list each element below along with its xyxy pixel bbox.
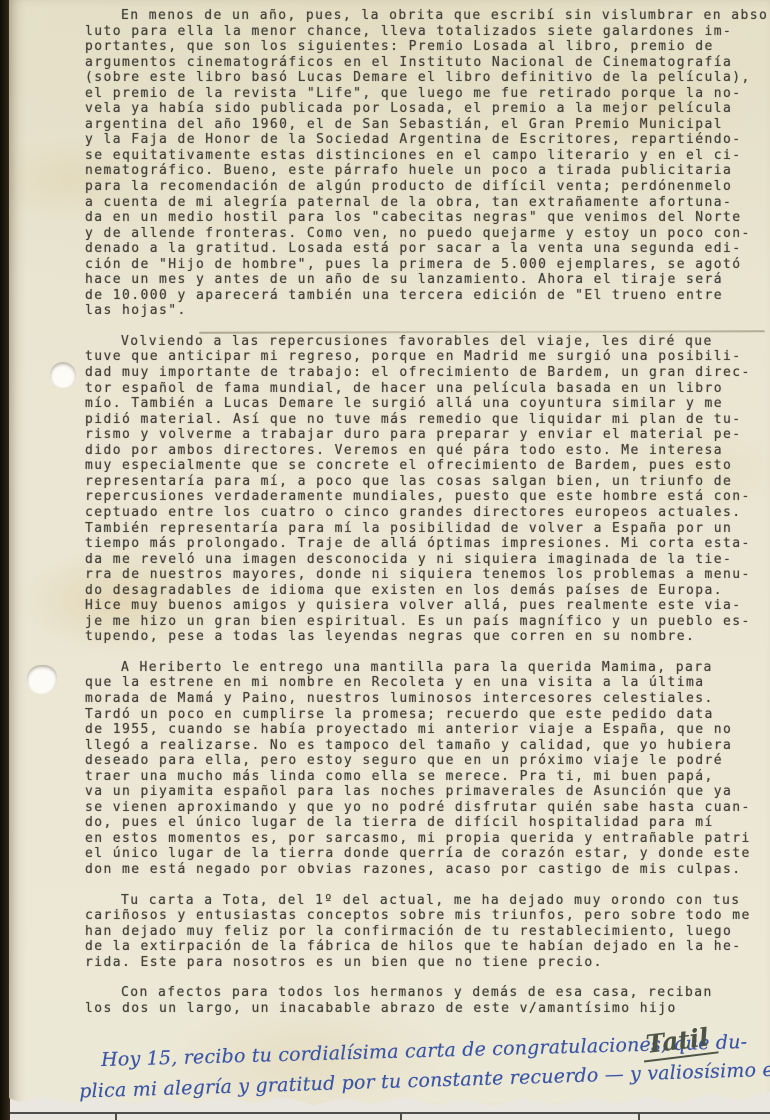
typed-line: a cuenta de mi alegría paternal de la ob…: [85, 195, 770, 211]
typed-line: morada de Mamá y Paino, nuestros luminos…: [85, 691, 770, 707]
typed-line: tor español de fama mundial, de hacer un…: [85, 381, 770, 397]
typed-line: luto para ella la menor chance, lleva to…: [85, 24, 770, 40]
typed-line: de 10.000 y aparecerá también una tercer…: [85, 288, 770, 304]
paragraph: A Heriberto le entrego una mantilla para…: [85, 660, 770, 878]
punch-hole: [50, 362, 76, 388]
typed-line: llegó a realizarse. No es tampoco del ta…: [85, 738, 770, 754]
typed-line: las hojas".: [85, 303, 770, 319]
typed-line: tupendo, pese a todas las leyendas negra…: [85, 629, 770, 645]
typed-line: dad muy importante de trabajo: el ofreci…: [85, 365, 770, 381]
typed-line: argentina del año 1960, el de San Sebast…: [85, 117, 770, 133]
typed-line: hace un mes y antes de un año de su lanz…: [85, 272, 770, 288]
paragraph: Tu carta a Tota, del 1º del actual, me h…: [85, 893, 770, 971]
typed-line: Volviendo a las repercusiones favorables…: [85, 334, 770, 350]
typed-line: traer una mucho más linda como ella se m…: [85, 769, 770, 785]
typed-line: Tu carta a Tota, del 1º del actual, me h…: [85, 893, 770, 909]
backing-tick: [400, 1114, 402, 1120]
typed-line: tiempo más prolongado. Traje de allá ópt…: [85, 536, 770, 552]
typed-line: je me hizo un gran bien espiritual. Es u…: [85, 614, 770, 630]
typed-line: do desagradables de idioma que existen e…: [85, 583, 770, 599]
typed-line: cariñosos y entusiastas conceptos sobre …: [85, 908, 770, 924]
paragraph: Volviendo a las repercusiones favorables…: [85, 334, 770, 645]
typed-line: y la Faja de Honor de la Sociedad Argent…: [85, 132, 770, 148]
backing-tick: [115, 1114, 117, 1120]
paragraph: Con afectos para todos los hermanos y de…: [85, 985, 770, 1016]
punch-hole: [27, 665, 57, 694]
typed-line: ción de "Hijo de hombre", pues la primer…: [85, 257, 770, 273]
typed-line: Tardó un poco en cumplirse la promesa; r…: [85, 707, 770, 723]
typed-line: da en un medio hostil para los "cabecita…: [85, 210, 770, 226]
backing-rule-line: [10, 1112, 770, 1114]
typed-line: Hice muy buenos amigos y quisiera volver…: [85, 598, 770, 614]
typed-line: han dejado muy feliz por la confirmación…: [85, 924, 770, 940]
typed-line: vela ya había sido publicada por Losada,…: [85, 101, 770, 117]
paragraph: En menos de un año, pues, la obrita que …: [85, 8, 770, 319]
backing-tick: [638, 1114, 640, 1120]
typed-line: do, pues el único lugar de la tierra de …: [85, 815, 770, 831]
typed-line: de 1955, cuando se había proyectado mi a…: [85, 722, 770, 738]
typed-line: argumentos cinematográficos en el Instit…: [85, 55, 770, 71]
typed-line: el único lugar de la tierra donde querrí…: [85, 846, 770, 862]
typed-line: da me reveló una imagen desconocida y ni…: [85, 552, 770, 568]
typed-line: muy especialmente que se concrete el ofr…: [85, 458, 770, 474]
typed-line: nematográfico. Bueno, este párrafo huele…: [85, 163, 770, 179]
typed-line: A Heriberto le entrego una mantilla para…: [85, 660, 770, 676]
typed-line: se equitativamente estas distinciones en…: [85, 148, 770, 164]
typed-line: En menos de un año, pues, la obrita que …: [85, 8, 770, 24]
letter-body: En menos de un año, pues, la obrita que …: [85, 8, 770, 1031]
typed-line: don me está negado por obvias razones, a…: [85, 862, 770, 878]
typed-line: tuve que anticipar mi regreso, porque en…: [85, 349, 770, 365]
typed-line: mío. También a Lucas Demare le surgió al…: [85, 396, 770, 412]
typed-line: También representaría para mí la posibil…: [85, 521, 770, 537]
typed-line: el premio de la revista "Life", que lueg…: [85, 86, 770, 102]
letter-page: En menos de un año, pues, la obrita que …: [9, 0, 770, 1112]
typed-line: y de allende fronteras. Como ven, no pue…: [85, 226, 770, 242]
typed-line: denado a la gratitud. Losada está por sa…: [85, 241, 770, 257]
typed-line: portantes, que son los siguientes: Premi…: [85, 39, 770, 55]
typed-line: (sobre este libro basó Lucas Demare el l…: [85, 70, 770, 86]
typed-line: va un piyamita español para las noches p…: [85, 784, 770, 800]
typed-line: representaría para mí, a poco que las co…: [85, 474, 770, 490]
typed-line: de la extirpación de la fábrica de hilos…: [85, 939, 770, 955]
typed-line: dido por ambos directores. Veremos en qu…: [85, 443, 770, 459]
typed-line: que la estrene en mi nombre en Recoleta …: [85, 675, 770, 691]
typed-line: los dos un largo, un inacabable abrazo d…: [85, 1001, 770, 1017]
typed-line: repercusiones verdaderamente mundiales, …: [85, 489, 770, 505]
typed-line: pidió material. Así que no tuve más reme…: [85, 412, 770, 428]
typed-line: se vienen aproximando y que yo no podré …: [85, 800, 770, 816]
typed-line: en estos momentos es, por sarcasmo, mi p…: [85, 831, 770, 847]
typed-line: Con afectos para todos los hermanos y de…: [85, 985, 770, 1001]
typed-line: rismo y volverme a trabajar duro para pr…: [85, 427, 770, 443]
typed-line: ceptuado entre los cuatro o cinco grande…: [85, 505, 770, 521]
typed-line: rra de nuestros mayores, donde ni siquie…: [85, 567, 770, 583]
typed-line: rida. Este para nosotros es un bien que …: [85, 955, 770, 971]
typed-line: deseado para ella, pero estoy seguro que…: [85, 753, 770, 769]
typed-line: para la recomendación de algún producto …: [85, 179, 770, 195]
